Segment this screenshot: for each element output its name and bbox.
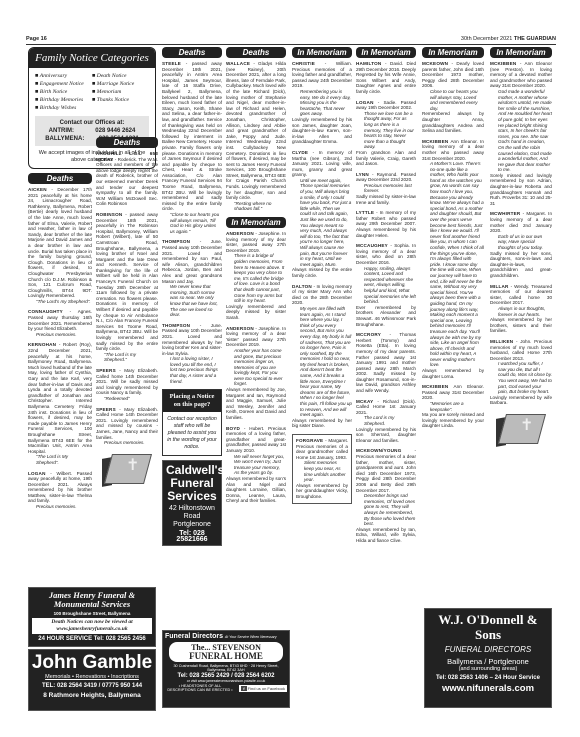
column-2: Deaths AHOGHILL L.O.L 653 MCKAY - Roderi… (96, 137, 158, 494)
column-1: Family Notice Categories Anniversary Dea… (28, 47, 92, 515)
section-header-in-memoriam: In Memoriam (292, 47, 352, 58)
section-header-in-memoriam: In Memoriam (226, 217, 286, 228)
john-gamble-ad: John Gamble Memorials • Renovations • In… (28, 649, 156, 711)
section-header-deaths: Deaths (226, 47, 286, 58)
category-item: Anniversary (35, 72, 92, 80)
notice-entry: ROBINSON - passed away December 18th 202… (96, 212, 158, 363)
bible-illustration: ✝ (496, 412, 546, 448)
antrim-phone: 028 9446 2624 (95, 127, 135, 135)
section-header-deaths: Deaths (162, 47, 222, 58)
notice-entry: KERNOHAN - Robert (Roy), 22nd December 2… (28, 342, 92, 465)
notice-entry: MCKIBBEN - Ann Eleanor (nee Preston). In… (490, 61, 552, 206)
facebook-icon: f (241, 686, 246, 691)
notice-entry: SPEERS - Mary Elizabeth. Called home 14t… (96, 368, 158, 402)
notice-entry: LYTTLE - In memory of my father Robert w… (356, 210, 416, 238)
column-4: Deaths WALLACE - Gladys Hilda (nee Raine… (226, 47, 286, 509)
notice-entry: MCKIBBEN Ann Eleanor. Passed away 31st D… (422, 384, 484, 429)
notice-entry: MILLIKEN - John. Precious memories of my… (490, 339, 552, 406)
column-6: In Memoriam HAMILTON - David. Died 29th … (356, 47, 416, 549)
wj-odonnell-ad: W.J. O'Donnell & Sons FUNERAL DIRECTORS … (424, 608, 552, 708)
category-item: Birthday Wishes (35, 104, 92, 112)
categories-list: Anniversary Death Notice Engagement Noti… (29, 68, 155, 116)
section-header-in-memoriam: In Memoriam (422, 47, 484, 58)
column-8: In Memoriam MCKIBBEN - Ann Eleanor (nee … (490, 47, 552, 454)
notice-entry: AICKEN - December 17th 2021 peacefully a… (28, 187, 92, 304)
notice-entry: MCWHIRTER - Margaret. In loving memory o… (490, 211, 552, 278)
category-item: Marriage Notice (92, 80, 149, 88)
notice-entry: CHRISTIE - William. Precious memories of… (292, 61, 352, 145)
placing-notice-box: Placing a Notice on this page? Contact o… (162, 389, 222, 456)
section-header-in-memoriam: In Memoriam (490, 47, 552, 58)
column-3: Deaths STEELE - passed away December 19t… (162, 47, 222, 546)
page-header: Page 16 30th December 2021 THE GUARDIAN (26, 34, 556, 45)
bible-illustration: ✝ (102, 452, 152, 488)
notice-entry: SPEERS - Mary Elizabeth. Called Home 14t… (96, 407, 158, 446)
cross-icon: ✝ (126, 458, 139, 474)
facebook-link[interactable]: fFind us on Facebook (239, 685, 287, 692)
notice-entry: MCKEOWN - Dearly loved parents father, J… (422, 61, 484, 134)
notice-entry: MCKAY - Richard (Dick). Called Home 1st … (356, 399, 416, 444)
notice-entry: WALLACE - Gladys Hilda (nee Rainey), 20t… (226, 61, 286, 212)
notice-entry: LOGAN - Sadie. Passed away 19th December… (356, 100, 416, 167)
notice-entry: CLYDE - In memory of Martha (nee Gibson)… (292, 150, 352, 279)
notice-entry: ANDERSON - Josephine. In loving memory o… (226, 326, 286, 421)
caldwells-funeral-ad: Caldwell's Funeral Services 42 Hiltonsto… (162, 460, 222, 546)
notice-entry: HAMILTON - David. Died 29th December 201… (356, 61, 416, 95)
notice-entry: MCCAUGHEY - Sophia. In loving memory of … (356, 243, 416, 327)
notice-entry: LYNN - Raymond. Passed away December 23r… (356, 172, 416, 206)
category-item: Birthday Memories (35, 96, 92, 104)
cross-icon: ✝ (520, 418, 533, 434)
notice-entry: MCKIBBEN Ann Eleanor. In loving memory o… (422, 139, 484, 380)
notice-entry: DALTON - In loving memory of my sister M… (292, 284, 352, 429)
category-item: Thanks Notice (92, 96, 149, 104)
notice-entry: MCCRORY - Thomas Herbert (Tommy) and Ros… (356, 332, 416, 394)
notice-entry: ANDERSON - Josephine. In loving memory o… (226, 231, 286, 321)
notice-entry: THOMPSON - June. Passed away 10th Decemb… (162, 323, 222, 385)
notice-entry: MILLAR - Wendy. Treasured memories of ou… (490, 284, 552, 334)
section-header-deaths: Deaths (96, 137, 158, 148)
notice-entry: BOYD - Hubert. Precious memories of a lo… (226, 426, 286, 504)
stevenson-funeral-home-ad: Funeral Directors At Your Service When N… (162, 630, 290, 708)
notice-entry: STEELE - passed away December 19th 2021,… (162, 61, 222, 234)
issue-date: 30th December 2021 THE GUARDIAN (461, 36, 556, 42)
category-item: Engagement Notice (35, 80, 92, 88)
category-item: Birth Notice (35, 88, 92, 96)
column-7: In Memoriam MCKEOWN - Dearly loved paren… (422, 47, 484, 434)
page-number: Page 16 (26, 36, 47, 42)
james-henry-funeral-ad: James Henry Funeral & Monumental Service… (28, 587, 156, 647)
notice-entry: THOMPSON - June. Passed away 10th Decemb… (162, 239, 222, 317)
notice-entry: AHOGHILL L.O.L 653 MCKAY - Roderick. The… (96, 151, 158, 207)
categories-title: Family Notice Categories (29, 48, 155, 68)
notice-entry: MCKEOWN/YOUNG - Precious memories of a d… (356, 448, 416, 543)
odonnell-website[interactable]: www.nifunerals.com (428, 683, 548, 694)
notice-entry: CONNAUGHTY - Agnes. Passed away thursday… (28, 309, 92, 337)
section-header-deaths: Deaths (28, 173, 92, 184)
section-header-in-memoriam: In Memoriam (356, 47, 416, 58)
category-item: Death Notice (92, 72, 149, 80)
notice-entry: LOGAN - Wilbert. Passed away peacefully … (28, 471, 92, 510)
notice-entry-boxed: FORGRAVE - Margaret. Precious memories o… (292, 434, 352, 504)
column-5: In Memoriam CHRISTIE - William. Precious… (292, 47, 352, 509)
category-item: Memoriam (92, 88, 149, 96)
website-notice: Death Notices can now be viewed at www.j… (32, 618, 152, 634)
